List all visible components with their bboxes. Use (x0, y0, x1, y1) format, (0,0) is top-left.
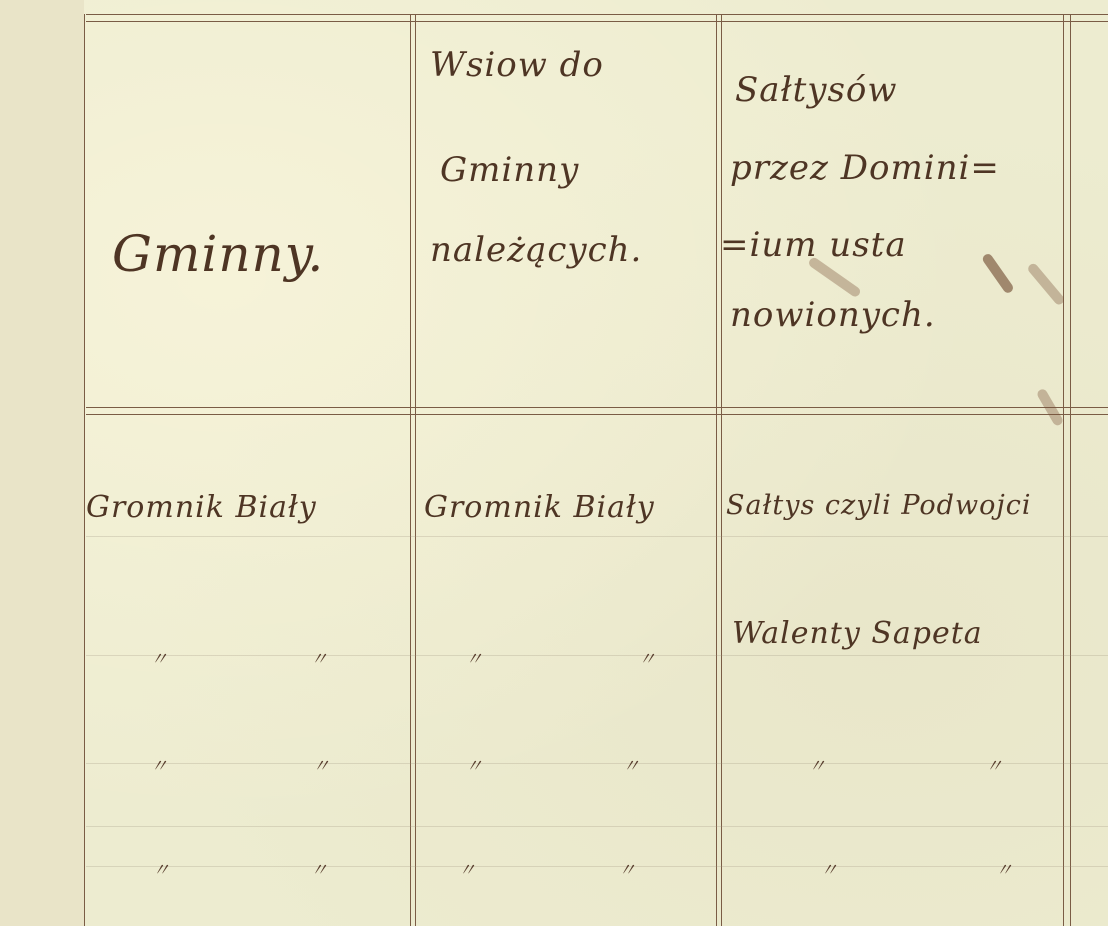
ditto-mark: 〃 (310, 645, 328, 671)
ditto-mark: 〃 (150, 645, 168, 671)
header-villages-line3: należących. (430, 230, 642, 270)
ditto-mark: 〃 (995, 856, 1013, 882)
ditto-mark: 〃 (152, 856, 170, 882)
row1-gmina: Gromnik Biały (86, 490, 317, 525)
page-margin (0, 0, 84, 926)
header-rule (86, 407, 1108, 408)
ditto-mark: 〃 (638, 645, 656, 671)
header-soltys-line1: Sałtysów (735, 70, 897, 110)
column-rule-left (84, 14, 85, 926)
header-rule-inner (86, 414, 1108, 415)
column-rule-2b (721, 14, 722, 926)
guide-line (86, 866, 1108, 867)
ditto-mark: 〃 (985, 752, 1003, 778)
ditto-mark: 〃 (808, 752, 826, 778)
header-villages-line2: Gminny (440, 150, 579, 190)
column-rule-1a (410, 14, 411, 926)
ditto-mark: 〃 (312, 752, 330, 778)
ditto-mark: 〃 (622, 752, 640, 778)
ditto-mark: 〃 (820, 856, 838, 882)
header-soltys-line4: nowionych. (730, 295, 936, 335)
ditto-mark: 〃 (310, 856, 328, 882)
ditto-mark: 〃 (150, 752, 168, 778)
guide-line (86, 655, 1108, 656)
row1-soltys-name: Walenty Sapeta (732, 616, 983, 651)
column-rule-3b (1070, 14, 1071, 926)
column-rule-1b (415, 14, 416, 926)
column-rule-2a (716, 14, 717, 926)
header-villages-line1: Wsiow do (430, 45, 604, 85)
column-rule-3a (1063, 14, 1064, 926)
header-gminy: Gminny. (112, 225, 324, 283)
top-rule (86, 14, 1108, 15)
guide-line (86, 536, 1108, 537)
guide-line (86, 826, 1108, 827)
header-soltys-line2: przez Domini= (730, 148, 1000, 188)
ditto-mark: 〃 (618, 856, 636, 882)
ditto-mark: 〃 (458, 856, 476, 882)
ditto-mark: 〃 (465, 752, 483, 778)
paper-background (0, 0, 1108, 926)
top-rule-inner (86, 21, 1108, 22)
row1-soltys-title: Sałtys czyli Podwojci (726, 490, 1031, 521)
row1-village: Gromnik Biały (424, 490, 655, 525)
header-soltys-line3: =ium usta (720, 225, 907, 265)
ditto-mark: 〃 (465, 645, 483, 671)
guide-line (86, 763, 1108, 764)
